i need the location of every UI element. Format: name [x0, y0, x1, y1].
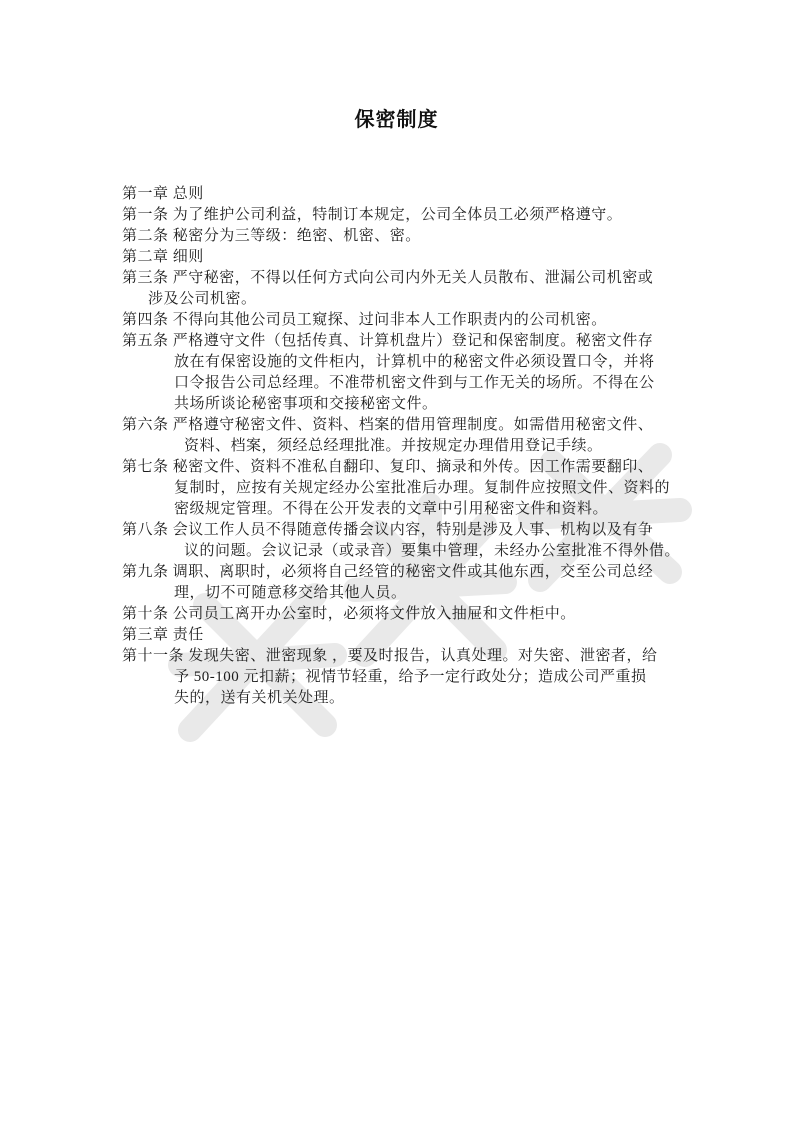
document-line: 复制时，应按有关规定经办公室批准后办理。复制件应按照文件、资料的	[174, 478, 722, 499]
document-line: 失的，送有关机关处理。	[174, 688, 722, 709]
document-line: 予 50-100 元扣薪；视情节轻重，给予一定行政处分；造成公司严重损	[174, 667, 722, 688]
document-line: 理，切不可随意移交给其他人员。	[174, 583, 722, 604]
document-line: 第三条 严守秘密，不得以任何方式向公司内外无关人员散布、泄漏公司机密或	[122, 268, 722, 289]
document-line: 第十一条 发现失密、泄密现象 ，要及时报告，认真处理。对失密、泄密者，给	[122, 646, 722, 667]
document-line: 口令报告公司总经理。不准带机密文件到与工作无关的场所。不得在公	[174, 373, 722, 394]
document-line: 第一章 总则	[122, 184, 722, 205]
document-body: 第一章 总则第一条 为了维护公司利益，特制订本规定，公司全体员工必须严格遵守。第…	[122, 184, 722, 709]
document-line: 第九条 调职、离职时，必须将自己经管的秘密文件或其他东西，交至公司总经	[122, 562, 722, 583]
document-line: 第七条 秘密文件、资料不准私自翻印、复印、摘录和外传。因工作需要翻印、	[122, 457, 722, 478]
document-line: 第十条 公司员工离开办公室时，必须将文件放入抽屉和文件柜中。	[122, 604, 722, 625]
document-line: 议的问题。会议记录（或录音）要集中管理，未经办公室批准不得外借。	[184, 541, 722, 562]
document-line: 资料、档案，须经总经理批准。并按规定办理借用登记手续。	[184, 436, 722, 457]
document-line: 共场所谈论秘密事项和交接秘密文件。	[174, 394, 722, 415]
document-page: 保密制度 第一章 总则第一条 为了维护公司利益，特制订本规定，公司全体员工必须严…	[0, 0, 793, 1122]
document-line: 第二章 细则	[122, 247, 722, 268]
document-line: 第二条 秘密分为三等级：绝密、机密、密。	[122, 226, 722, 247]
document-line: 第五条 严格遵守文件（包括传真、计算机盘片）登记和保密制度。秘密文件存	[122, 331, 722, 352]
document-line: 第六条 严格遵守秘密文件、资料、档案的借用管理制度。如需借用秘密文件、	[122, 415, 722, 436]
document-line: 第一条 为了维护公司利益，特制订本规定，公司全体员工必须严格遵守。	[122, 205, 722, 226]
page-title: 保密制度	[0, 103, 793, 132]
document-line: 密级规定管理。不得在公开发表的文章中引用秘密文件和资料。	[174, 499, 722, 520]
document-line: 第三章 责任	[122, 625, 722, 646]
document-line: 涉及公司机密。	[148, 289, 722, 310]
document-line: 第四条 不得向其他公司员工窥探、过问非本人工作职责内的公司机密。	[122, 310, 722, 331]
document-line: 放在有保密设施的文件柜内，计算机中的秘密文件必须设置口令，并将	[174, 352, 722, 373]
document-line: 第八条 会议工作人员不得随意传播会议内容，特别是涉及人事、机构以及有争	[122, 520, 722, 541]
